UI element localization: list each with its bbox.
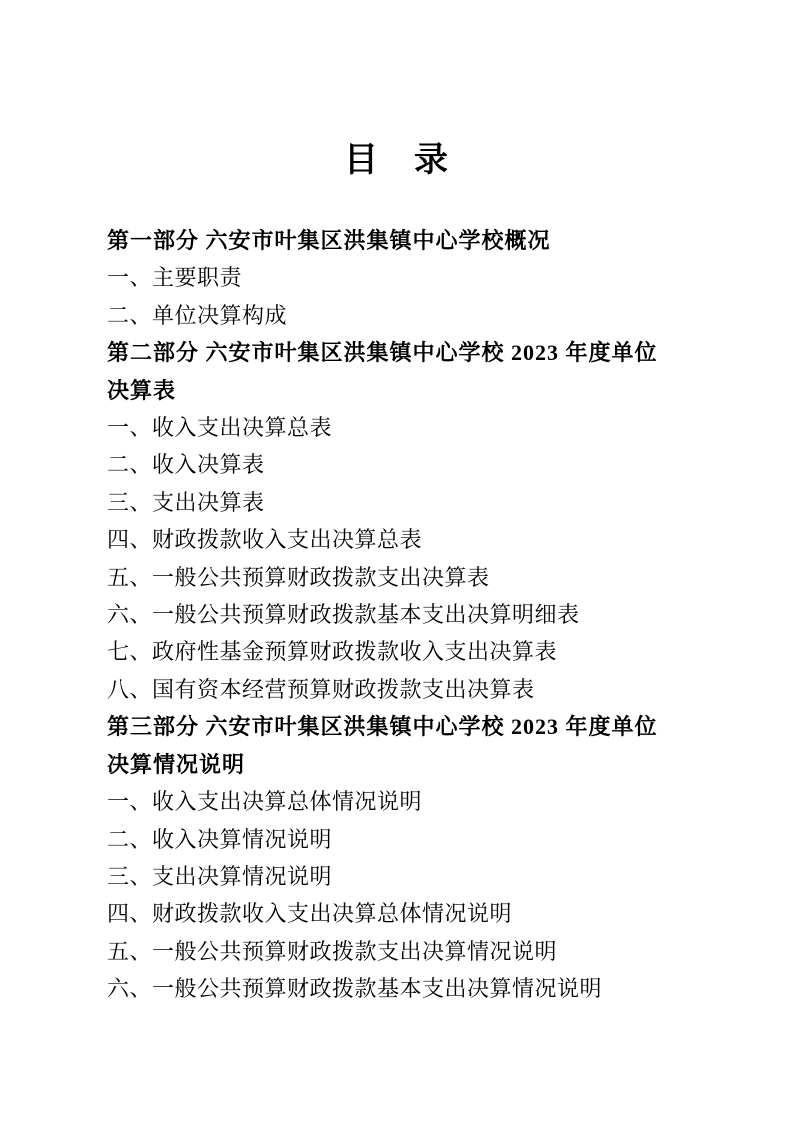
- toc-item: 六、一般公共预算财政拨款基本支出决算明细表: [107, 596, 707, 633]
- toc-item: 七、政府性基金预算财政拨款收入支出决算表: [107, 633, 707, 670]
- page-title: 目 录: [0, 139, 793, 183]
- section-heading-part2-line2: 决算表: [107, 372, 707, 409]
- toc-item: 二、单位决算构成: [107, 297, 707, 334]
- toc-item: 四、财政拨款收入支出决算总表: [107, 521, 707, 558]
- section-heading-part2-line1: 第二部分 六安市叶集区洪集镇中心学校 2023 年度单位: [107, 334, 707, 371]
- toc-item: 二、收入决算表: [107, 446, 707, 483]
- toc-item: 三、支出决算情况说明: [107, 858, 707, 895]
- toc-item: 二、收入决算情况说明: [107, 821, 707, 858]
- toc-item: 五、一般公共预算财政拨款支出决算表: [107, 559, 707, 596]
- toc-item: 六、一般公共预算财政拨款基本支出决算情况说明: [107, 970, 707, 1007]
- section-heading-part3-line1: 第三部分 六安市叶集区洪集镇中心学校 2023 年度单位: [107, 708, 707, 745]
- toc-item: 三、支出决算表: [107, 484, 707, 521]
- section-heading-part3-line2: 决算情况说明: [107, 746, 707, 783]
- toc-item: 一、收入支出决算总表: [107, 409, 707, 446]
- section-heading-part1: 第一部分 六安市叶集区洪集镇中心学校概况: [107, 222, 707, 259]
- toc-item: 一、主要职责: [107, 259, 707, 296]
- toc-item: 四、财政拨款收入支出决算总体情况说明: [107, 895, 707, 932]
- table-of-contents: 第一部分 六安市叶集区洪集镇中心学校概况 一、主要职责 二、单位决算构成 第二部…: [107, 222, 707, 1008]
- toc-item: 五、一般公共预算财政拨款支出决算情况说明: [107, 933, 707, 970]
- toc-item: 一、收入支出决算总体情况说明: [107, 783, 707, 820]
- document-page: 目 录 第一部分 六安市叶集区洪集镇中心学校概况 一、主要职责 二、单位决算构成…: [0, 0, 793, 1122]
- toc-item: 八、国有资本经营预算财政拨款支出决算表: [107, 671, 707, 708]
